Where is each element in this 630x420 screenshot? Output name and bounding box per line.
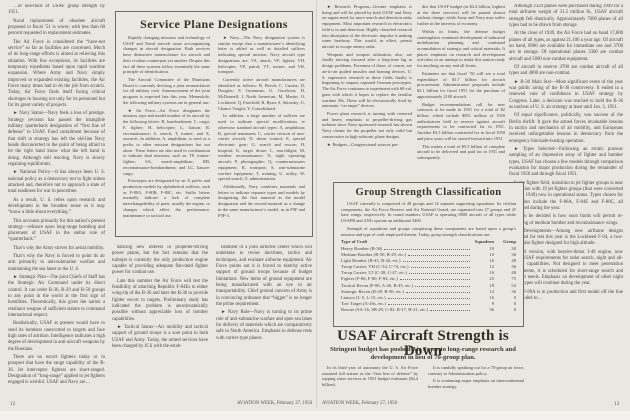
group-box-intro: USAF currently is comprised of 48 groups…: [341, 201, 516, 237]
body-paragraph: dict that USAF budget (at $4.4 billion, …: [417, 4, 505, 27]
body-paragraph: Budget recommendations call for new cont…: [417, 102, 505, 142]
body-paragraph: ► Research Program—Greater emphasis is b…: [322, 4, 412, 50]
body-paragraph: In addition, a large number of suffixes …: [218, 113, 305, 182]
article-columns: In its third year of autonomy the U. S. …: [322, 365, 524, 398]
body-paragraph: Of aircraft in reserve 4700 are combat a…: [509, 65, 623, 78]
dot-leader: [430, 310, 470, 311]
body-paragraph: Additionally, Navy combines numerals and…: [218, 184, 305, 218]
body-paragraph: ► National Policy—It has always been U. …: [8, 170, 105, 195]
squadron-cell: 36: [472, 307, 494, 313]
right-page-column-1: ► Research Program—Greater emphasis is b…: [322, 4, 412, 178]
group-strength-box: Group Strength Classification USAF curre…: [333, 182, 524, 327]
body-paragraph: There are no escort fighters today or in…: [8, 355, 105, 387]
body-paragraph: Naval replacement of obsolete aircraft p…: [8, 19, 105, 38]
body-paragraph: ► Navy—The Navy designation system is si…: [218, 35, 305, 75]
body-paragraph: USAF currently is comprised of 48 groups…: [341, 201, 516, 224]
body-paragraph: ► B-36 Main Star—Most significant event …: [509, 80, 623, 112]
body-paragraph: Rapidly changing missions and technology…: [123, 35, 210, 75]
body-paragraph: Realistically, USAF at present would hav…: [8, 321, 105, 353]
body-paragraph: Yet to be decided is how soon funds will…: [509, 214, 623, 227]
body-paragraph: The Air Force is considered the “have-no…: [8, 40, 105, 110]
body-paragraph: Late this summer the Air Force will test…: [112, 279, 208, 323]
body-paragraph: In the fighter field, transition to jet …: [509, 181, 623, 213]
right-footer-magazine: AVIATION WEEK, February 27, 1950: [322, 401, 397, 406]
dot-leader: [384, 249, 470, 250]
dot-leader: [400, 279, 470, 280]
dot-leader: [403, 261, 470, 262]
body-paragraph: As a result, U. S. relies upon research …: [8, 198, 105, 217]
right-page-column-3: Although 2324 planes were purchased duri…: [509, 4, 623, 397]
right-page-number: 13: [614, 401, 619, 407]
body-paragraph: It is continuing major emphasis on inter…: [428, 378, 524, 389]
dot-leader: [415, 286, 470, 287]
body-paragraph: The Aircraft Committee of the Munitions …: [123, 77, 210, 106]
body-paragraph: F-94B version, with heavier-thrust J-48 …: [509, 250, 623, 288]
group-cell: 0: [494, 307, 516, 313]
service-box-columns: Rapidly changing missions and technology…: [123, 35, 305, 220]
body-paragraph: ► Navy Status—Navy feels a loss of prest…: [8, 111, 105, 168]
article-deck: Stringent budget has pushed Air Force to…: [330, 346, 516, 362]
body-paragraph: ► Developments—Among new airframe design…: [509, 229, 623, 248]
group-box-title: Group Strength Classification: [341, 187, 516, 198]
dot-leader: [409, 273, 470, 274]
body-paragraph: Strength of squadrons and groups compris…: [341, 226, 516, 237]
body-paragraph: ► Tactical Status—Air mobility and tacti…: [112, 325, 208, 350]
body-paragraph: That’s why the Navy is forced to point i…: [8, 254, 105, 273]
body-paragraph: That’s why the Army strives for aerial m…: [8, 246, 105, 252]
body-paragraph: ► Air Force—Air Force designates the mis…: [123, 108, 210, 177]
right-page-column-2: dict that USAF budget (at $4.4 billion, …: [417, 4, 505, 178]
dot-leader: [388, 304, 470, 305]
body-paragraph: At the close of 1949, the Air Force had …: [509, 31, 623, 63]
body-paragraph: Although 2324 planes were purchased duri…: [509, 4, 623, 29]
body-paragraph: ► Navy Role—Navy is turning to its prime…: [216, 310, 312, 342]
body-paragraph: It is candidly speaking out for a 70-gro…: [428, 365, 524, 376]
body-paragraph: The F-89A is in production and first mod…: [509, 290, 623, 303]
body-paragraph: …of one-third of USAF group strength by …: [8, 4, 105, 17]
body-paragraph: ► Budgets—Congressional sources pre-: [322, 142, 412, 148]
body-paragraph: Currently active aircraft manufacturers …: [218, 77, 305, 111]
dot-leader: [388, 298, 470, 299]
body-paragraph: ► Types Selected—Following an erratic po…: [509, 147, 623, 179]
body-paragraph: Prototypes are designated by an X prefix…: [123, 178, 210, 218]
dot-leader: [411, 267, 470, 268]
left-footer-magazine: AVIATION WEEK, February 27, 1950: [112, 401, 312, 406]
body-paragraph: Estimates are that fiscal ’50 will see a…: [417, 71, 505, 100]
left-page-column-1: …of one-third of USAF group strength by …: [8, 4, 105, 397]
group-strength-table: Type of Craft Squadron Group Heavy Bombe…: [341, 239, 516, 313]
dot-leader: [406, 292, 470, 293]
body-paragraph: Weapons and weapon utilization, also, ar…: [322, 52, 412, 109]
service-box-title: Service Plane Designations: [123, 17, 305, 32]
service-designations-box: Service Plane Designations Rapidly chang…: [115, 11, 313, 237]
body-paragraph: lishment of a joint airborne center whic…: [216, 245, 312, 308]
craft-type-cell: Rescue (SA-16, SB-29, C-82, B-17, H-21, …: [341, 307, 428, 313]
body-paragraph: This makes a total of $5.5 billion of co…: [417, 144, 505, 161]
body-paragraph: Of equal significance, politically, was …: [509, 113, 623, 145]
page-gutter: [316, 0, 317, 408]
body-paragraph: Power plant research is turning with ren…: [322, 111, 412, 140]
body-paragraph: ► Strategic Plan—The joint Chiefs of Sta…: [8, 275, 105, 319]
table-row: Rescue (SA-16, SB-29, C-82, B-17, H-21, …: [341, 307, 516, 313]
body-paragraph: dancing new interest in propeller-drivin…: [112, 245, 208, 277]
left-page-number: 12: [10, 401, 15, 407]
body-paragraph: In its third year of autonomy the U. S. …: [322, 365, 418, 388]
dot-leader: [408, 255, 470, 256]
body-paragraph: Within its limits, the defense budget co…: [417, 29, 505, 69]
body-paragraph: This accounts primarily for this nation’…: [8, 219, 105, 244]
page-bottom-margin: [0, 411, 630, 420]
left-page-column-3: lishment of a joint airborne center whic…: [216, 245, 312, 397]
left-page-column-2: dancing new interest in propeller-drivin…: [112, 245, 208, 397]
table-body: Heavy Bomber (B-36) 10 30 Medium Bomber …: [341, 246, 516, 314]
